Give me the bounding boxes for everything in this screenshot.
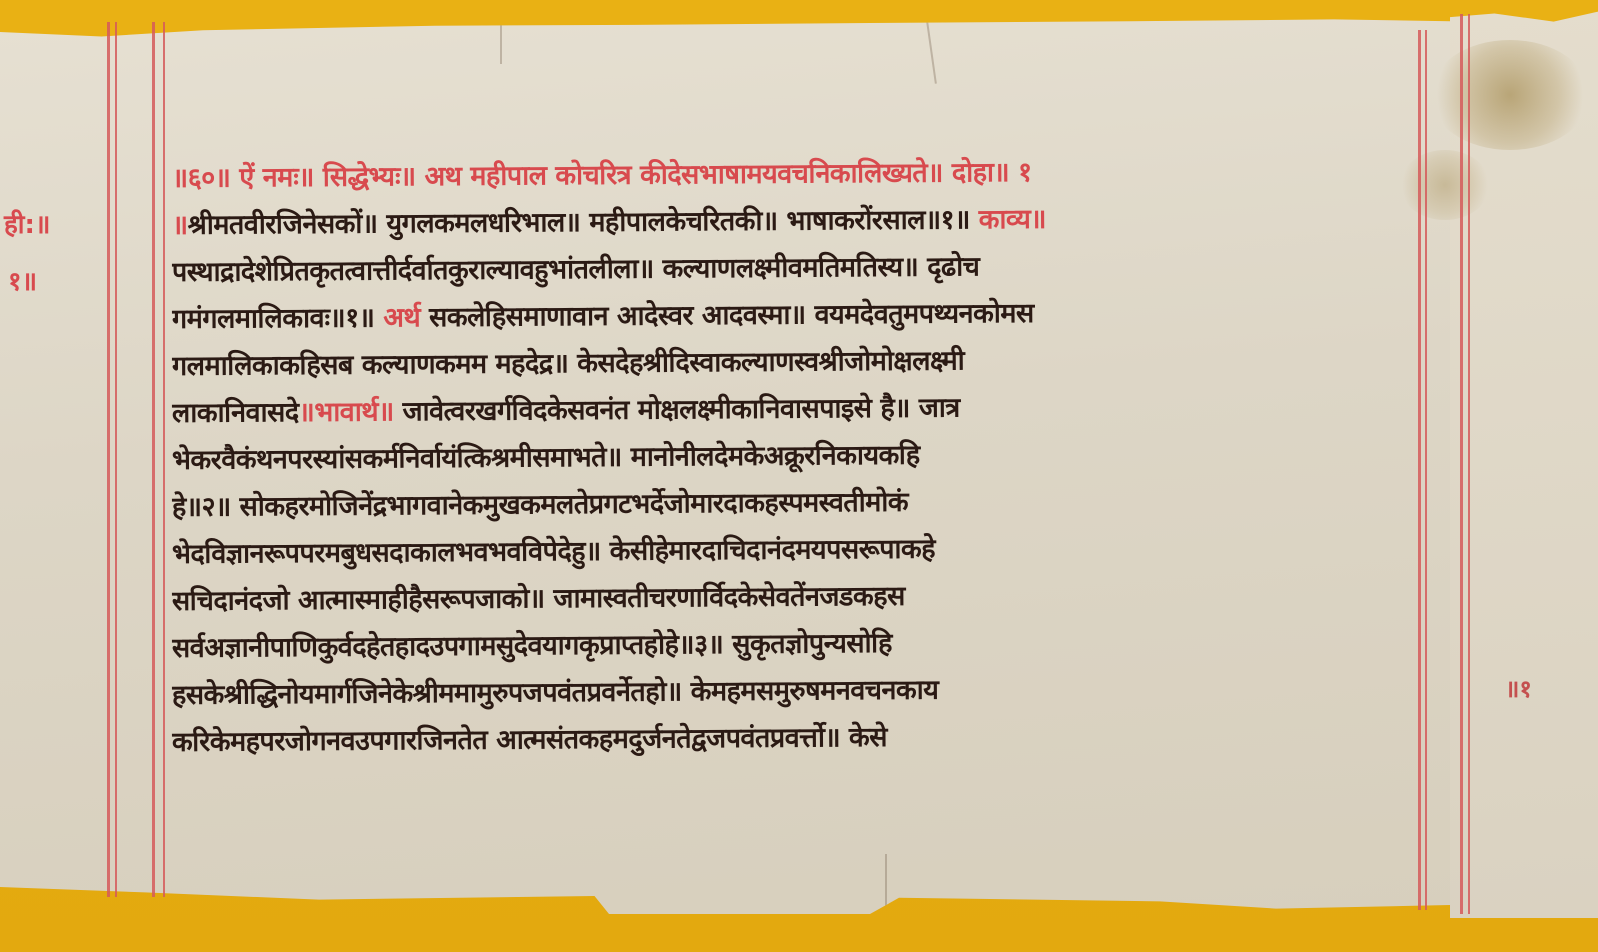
line-text: पस्थाद्रादेशेप्रितकृतत्वात्तीर्दर्वातकुर… (172, 251, 980, 288)
line-text: भेकरवैकंथनपरस्यांसकर्मनिर्वायंत्किश्रमीस… (172, 440, 920, 476)
section-label: अर्थ (374, 302, 420, 333)
text-line: करिकेमहपरजोगनवउपगारजिनतेत आत्मसंतकहमदुर्… (172, 710, 1412, 766)
line-text: सकलेहिसमाणावान आदेस्वर आदवस्मा॥ वयमदेवतु… (420, 298, 1034, 333)
line-text: श्रीमतवीरजिनेसकों॥ युगलकमलधरिभाल॥ महीपाल… (188, 204, 970, 240)
line-text: सर्वअज्ञानीपाणिकुर्वदहेतहादउपगामसुदेवयाग… (172, 628, 892, 664)
paper-crease (925, 14, 937, 84)
line-text: भेदविज्ञानरूपपरमबुधसदाकालभवभवविपेदेहु॥ क… (172, 534, 935, 570)
folio-number: ॥१ (1505, 672, 1532, 705)
margin-rule-left-inner (152, 22, 155, 897)
margin-rule-left-outer (115, 22, 117, 897)
manuscript-text: ॥६०॥ ऐं नमः॥ सिद्धेभ्यः॥ अथ महीपाल कोचरि… (172, 155, 1412, 766)
line-text: गलमालिकाकहिसब कल्याणकमम महदेद्र॥ केसदेहश… (172, 345, 964, 382)
margin-rule-right-outer (1468, 14, 1470, 914)
line-text: हे॥२॥ सोकहरमोजिनेंद्रभागवानेकमुखकमलतेप्र… (172, 487, 908, 523)
section-label: काव्य॥ (970, 204, 1046, 236)
water-stain (1430, 40, 1590, 150)
left-margin-note: ही:॥ (4, 205, 51, 241)
verse-marker: ॥ (172, 210, 188, 241)
section-label: ॥भावार्थ॥ (298, 396, 393, 428)
line-text: जावेत्वरखर्गविदकेसवनंत मोक्षलक्ष्मीकानिव… (394, 393, 960, 428)
line-text: लाकानिवासदे (172, 397, 299, 429)
left-margin-note: १॥ (8, 262, 37, 298)
water-stain (1400, 150, 1490, 220)
line-text: हसकेश्रीद्धिनोयमार्गजिनेकेश्रीममामुरुपजप… (172, 675, 939, 711)
line-text: सचिदानंदजो आत्मास्माहीहैसरूपजाको॥ जामास्… (172, 581, 905, 617)
margin-rule-left-outer (107, 22, 110, 897)
line-text: गमंगलमालिकावः॥१॥ (172, 303, 375, 335)
margin-rule-right-outer (1460, 14, 1463, 914)
margin-rule-left-inner (163, 22, 165, 897)
line-text: करिकेमहपरजोगनवउपगारजिनतेत आत्मसंतकहमदुर्… (172, 722, 887, 758)
margin-rule-right-inner (1418, 30, 1421, 910)
margin-rule-right-inner (1425, 30, 1427, 910)
